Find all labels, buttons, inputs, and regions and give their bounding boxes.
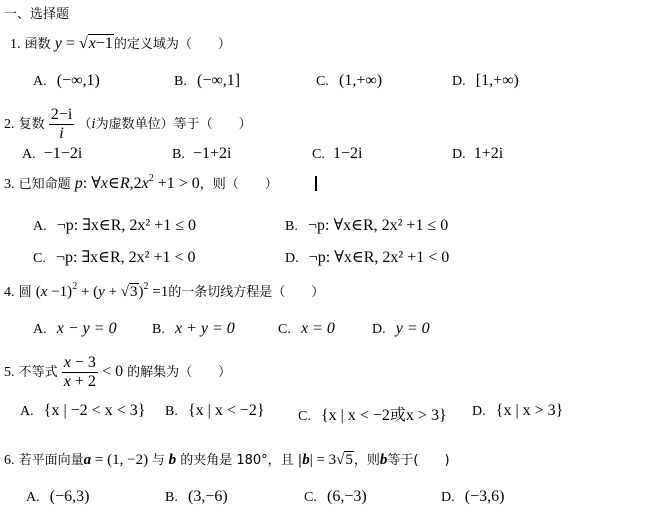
question-5-stem: 5. 不等式 x − 3 x + 2 < 0 的解集为（ ） [4, 354, 231, 391]
q4-option-b[interactable]: B. x + y = 0 [152, 320, 235, 338]
q1-option-c[interactable]: C. (1,+∞) [316, 72, 382, 90]
q6-option-d[interactable]: D. (−3,6) [441, 488, 504, 506]
q1-option-b[interactable]: B. (−∞,1] [174, 72, 240, 90]
q4-option-c[interactable]: C. x = 0 [278, 320, 335, 338]
q2-option-a[interactable]: A. −1−2i [22, 145, 82, 163]
stem-text: 不等式 [19, 365, 58, 380]
q1-option-a[interactable]: A. (−∞,1) [33, 72, 100, 90]
stem-fraction: x − 3 x + 2 [62, 354, 98, 391]
q5-option-c[interactable]: C. {x | x < −2或x > 3} [298, 402, 447, 425]
question-2-stem: 2. 复数 2−i i （i为虚数单位）等于（ ） [4, 106, 252, 143]
stem-formula: y = √x−1 [55, 35, 114, 52]
question-1-stem: 1. 函数 y = √x−1的定义域为（ ） [10, 33, 231, 53]
question-number: 1. [10, 37, 21, 52]
stem-text: 函数 [25, 37, 51, 52]
q2-option-b[interactable]: B. −1+2i [172, 145, 231, 163]
q6-option-c[interactable]: C. (6,−3) [304, 488, 367, 506]
q2-option-c[interactable]: C. 1−2i [312, 145, 362, 163]
stem-text: 已知命题 [19, 177, 71, 192]
question-number: 6. [4, 453, 15, 468]
section-title: 一、选择题 [4, 3, 69, 22]
q2-option-d[interactable]: D. 1+2i [452, 145, 503, 163]
stem-formula: p: ∀x∈R,2x2 +1 > 0 [75, 175, 200, 192]
q1-option-d[interactable]: D. [1,+∞) [452, 72, 519, 90]
question-3-stem: 3. 已知命题 p: ∀x∈R,2x2 +1 > 0，则（ ） [4, 173, 278, 193]
q4-option-a[interactable]: A. x − y = 0 [33, 320, 117, 338]
q6-option-b[interactable]: B. (3,−6) [165, 488, 228, 506]
question-number: 2. [4, 117, 15, 132]
q5-option-a[interactable]: A. {x | −2 < x < 3} [20, 402, 145, 420]
question-number: 5. [4, 365, 15, 380]
q6-option-a[interactable]: A. (−6,3) [26, 488, 89, 506]
stem-formula: a = (1, −2) [84, 452, 152, 468]
q4-option-d[interactable]: D. y = 0 [372, 320, 430, 338]
stem-text: 复数 [19, 117, 45, 132]
q3-option-c[interactable]: C. ¬p: ∃x∈R, 2x² +1 < 0 [33, 247, 196, 267]
question-4-stem: 4. 圆 (x −1)2 + (y + √3)2 =1的一条切线方程是（ ） [4, 281, 324, 301]
question-number: 3. [4, 177, 15, 192]
stem-fraction: 2−i i [49, 106, 74, 143]
stem-text: 圆 [19, 285, 32, 300]
text-cursor [315, 176, 317, 191]
q3-option-a[interactable]: A. ¬p: ∃x∈R, 2x² +1 ≤ 0 [33, 215, 196, 235]
q5-option-d[interactable]: D. {x | x > 3} [472, 402, 563, 420]
question-number: 4. [4, 285, 15, 300]
q5-option-b[interactable]: B. {x | x < −2} [165, 402, 265, 420]
stem-formula: (x −1)2 + (y + √3)2 =1 [36, 284, 168, 300]
q3-option-b[interactable]: B. ¬p: ∀x∈R, 2x² +1 ≤ 0 [285, 215, 448, 235]
question-6-stem: 6. 若平面向量a = (1, −2) 与 b 的夹角是 180°，且 |b| … [4, 449, 450, 469]
stem-text: 若平面向量 [19, 453, 84, 468]
q3-option-d[interactable]: D. ¬p: ∀x∈R, 2x² +1 < 0 [285, 247, 449, 267]
